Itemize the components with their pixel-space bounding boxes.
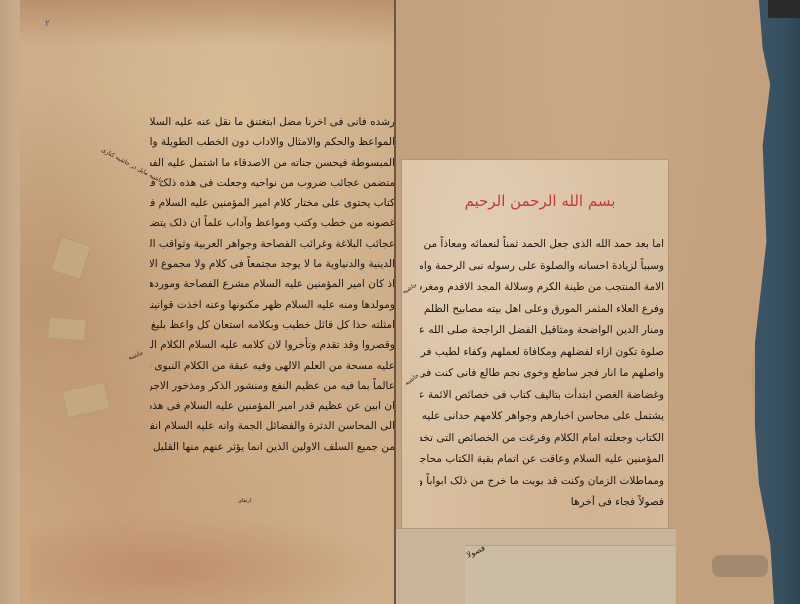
text-line: ومولدها ومنه علیه السلام ظهر مکنونها وعن…	[150, 295, 395, 315]
text-line: اذ کان امیر المؤمنین علیه السلام مشرع ال…	[150, 274, 395, 294]
left-page-text-block: رشده فانی فی اخرنا مضل ابتغتنق ما نقل عن…	[150, 112, 395, 457]
text-line: رشده فانی فی اخرنا مضل ابتغتنق ما نقل عن…	[150, 112, 395, 132]
text-line: علیه مسحة من العلم الالهی وفیه عبقة من ا…	[150, 356, 395, 376]
paper-repair-strip	[465, 545, 675, 604]
basmala-heading: بسم الله الرحمن الرحیم	[460, 192, 620, 210]
text-line: وسبباً لزیادة احسانه والصلوة علی رسوله ن…	[420, 256, 664, 278]
text-line: وفرع العلاء المثمر المورق وعلی اهل بیته …	[420, 299, 664, 321]
text-line: المواعظ والحکم والامثال والاداب دون الخط…	[150, 132, 395, 152]
water-stain-top	[20, 0, 396, 45]
text-line: یشتمل علی محاسن اخبارهم وجواهر کلامهم حد…	[420, 406, 664, 428]
text-line: المبسوطة فیحسن جناته من الاصدقاء ما اشتم…	[150, 153, 395, 173]
text-line: اما بعد حمد الله الذی جعل الحمد ثمناً لن…	[420, 234, 664, 256]
repair-tape	[50, 236, 92, 280]
manuscript-spread: ٢ رشده فانی فی اخرنا مضل ابتغتنق ما نقل …	[0, 0, 800, 604]
text-line: ومماطلات الزمان وکنت قد بوبت ما خرج من ذ…	[420, 471, 664, 493]
text-line: امثلته حذا کل قائل خطیب وبکلامه استعان ک…	[150, 315, 395, 335]
text-line: وغضاضة الغصن ابتدأت بتالیف کتاب فی خصائص…	[420, 385, 664, 407]
folio-number: ٢	[45, 19, 50, 29]
text-line: الی المحاسن الدثرة والفضائل الجمة وانه ع…	[150, 416, 395, 436]
text-line: کتاب یحتوی علی مختار کلام امیر المؤمنین …	[150, 193, 395, 213]
text-line: من جمیع السلف الاولین الذین انما یؤثر عن…	[150, 437, 395, 457]
text-line: المؤمنین علیه السلام وعاقت عن اتمام بقیة…	[420, 449, 664, 471]
text-line: واصلهم ما انار فجر ساطع وخوی نجم طالع فا…	[420, 363, 664, 385]
text-line: ومنار الدین الواضحة ومثاقیل الفضل الراجح…	[420, 320, 664, 342]
water-stain-bottom	[30, 515, 390, 604]
board-edge	[768, 0, 800, 18]
text-line: فصولاً فجاء فی آخرها	[420, 492, 664, 514]
text-line: ان ابین عن عظیم قدر امیر المؤمنین علیه ا…	[150, 396, 395, 416]
repair-tape	[62, 382, 111, 419]
stain-mark	[712, 555, 768, 577]
text-line: متضمن عجائب ضروب من نواحیه وجعلت فی هذه …	[150, 173, 395, 193]
text-line: الکتاب وجعلته امام الکلام وفرغت من الخصا…	[420, 428, 664, 450]
text-line: وقصروا وقد تقدم وتأخروا لان کلامه علیه ا…	[150, 335, 395, 355]
text-line: صلوة تکون ازاء لفضلهم ومکافاة لعملهم وکف…	[420, 342, 664, 364]
text-line: عالماً بما فیه من عظیم النفع ومنشور الذک…	[150, 376, 395, 396]
text-line: عجائب البلاغة وغرائب الفصاحة وجواهر العر…	[150, 234, 395, 254]
text-line: غصونه من خطب وکتب ومواعظ وآداب علماً ان …	[150, 213, 395, 233]
text-line: الامة المنتجب من طینة الکرم وسلالة المجد…	[420, 277, 664, 299]
left-page-edge	[0, 0, 20, 604]
repair-tape	[47, 317, 86, 342]
margin-note: ارتقای	[238, 498, 251, 504]
text-line: الدینیة والدنیاویة ما لا یوجد مجتمعاً فی…	[150, 254, 395, 274]
right-page-text-block: اما بعد حمد الله الذی جعل الحمد ثمناً لن…	[420, 234, 664, 514]
gutter-fold	[394, 0, 396, 604]
